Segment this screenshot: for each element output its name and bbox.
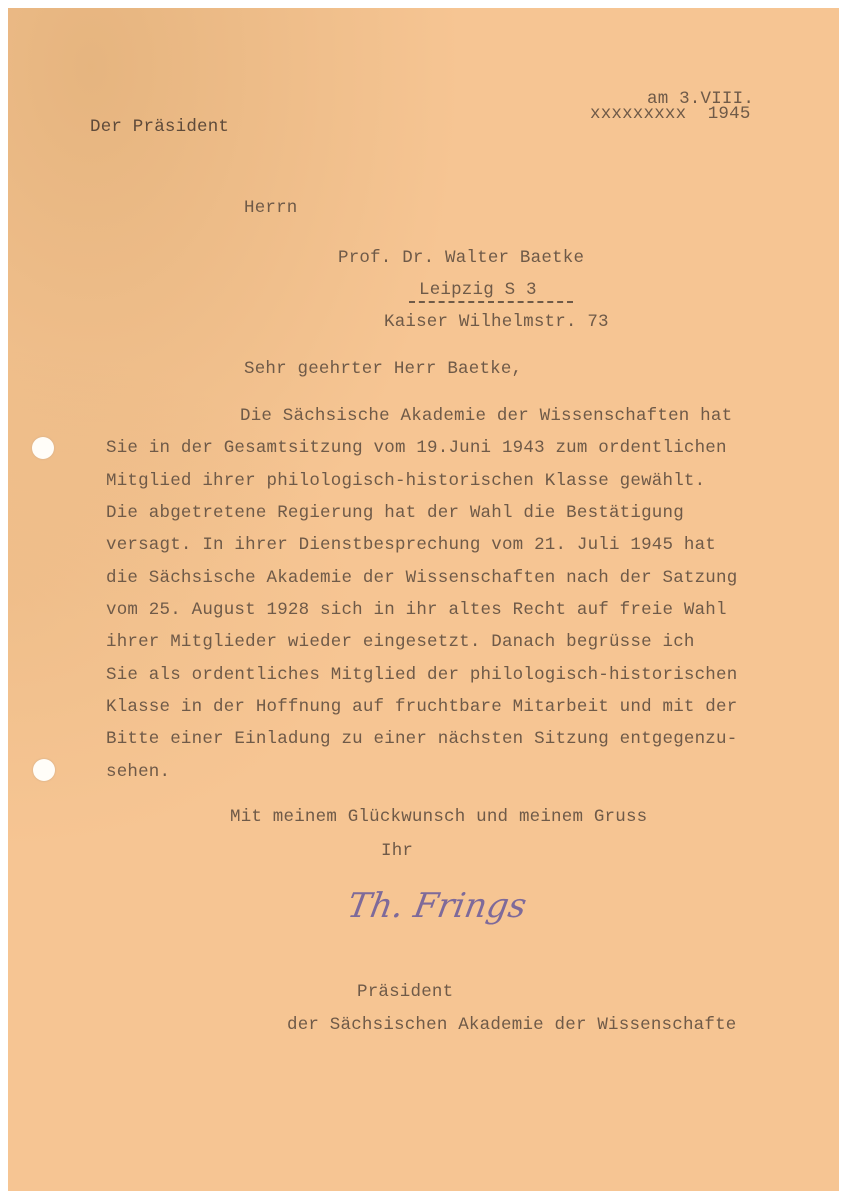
closing-line: Mit meinem Glückwunsch und meinem Gruss [230,807,647,827]
address-prefix: Herrn [244,198,298,218]
recipient-city: Leipzig S 3 [419,280,537,300]
body-line: Die Sächsische Akademie der Wissenschaft… [240,406,732,426]
body-line: Mitglied ihrer philologisch-historischen… [106,471,705,491]
body-line: die Sächsische Akademie der Wissenschaft… [106,568,737,588]
body-line: Sie als ordentliches Mitglied der philol… [106,665,737,685]
body-line: Klasse in der Hoffnung auf fruchtbare Mi… [106,697,737,717]
recipient-name: Prof. Dr. Walter Baetke [338,248,584,268]
body-line: Bitte einer Einladung zu einer nächsten … [106,729,737,749]
recipient-street: Kaiser Wilhelmstr. 73 [384,312,609,332]
signer-institution: der Sächsischen Akademie der Wissenschaf… [287,1015,736,1035]
punch-hole-top [32,437,54,459]
greeting: Sehr geehrter Herr Baetke, [244,359,522,379]
punch-hole-bottom [33,759,55,781]
date-line-2: xxxxxxxxx 1945 [590,104,751,124]
body-line: Sie in der Gesamtsitzung vom 19.Juni 194… [106,438,727,458]
sender-label: Der Präsident [90,117,229,137]
body-line: sehen. [106,762,170,782]
body-line: ihrer Mitglieder wieder eingesetzt. Dana… [106,632,695,652]
body-line: versagt. In ihrer Dienstbesprechung vom … [106,535,716,555]
body-line: Die abgetretene Regierung hat der Wahl d… [106,503,684,523]
closing-ihr: Ihr [381,841,413,861]
body-line: vom 25. August 1928 sich in ihr altes Re… [106,600,727,620]
city-underline [409,301,573,303]
signer-title: Präsident [357,982,453,1002]
letter-page: Der Präsident am 3.VIII. xxxxxxxxx 1945 … [8,8,839,1191]
signature: Th. Frings [344,886,529,926]
